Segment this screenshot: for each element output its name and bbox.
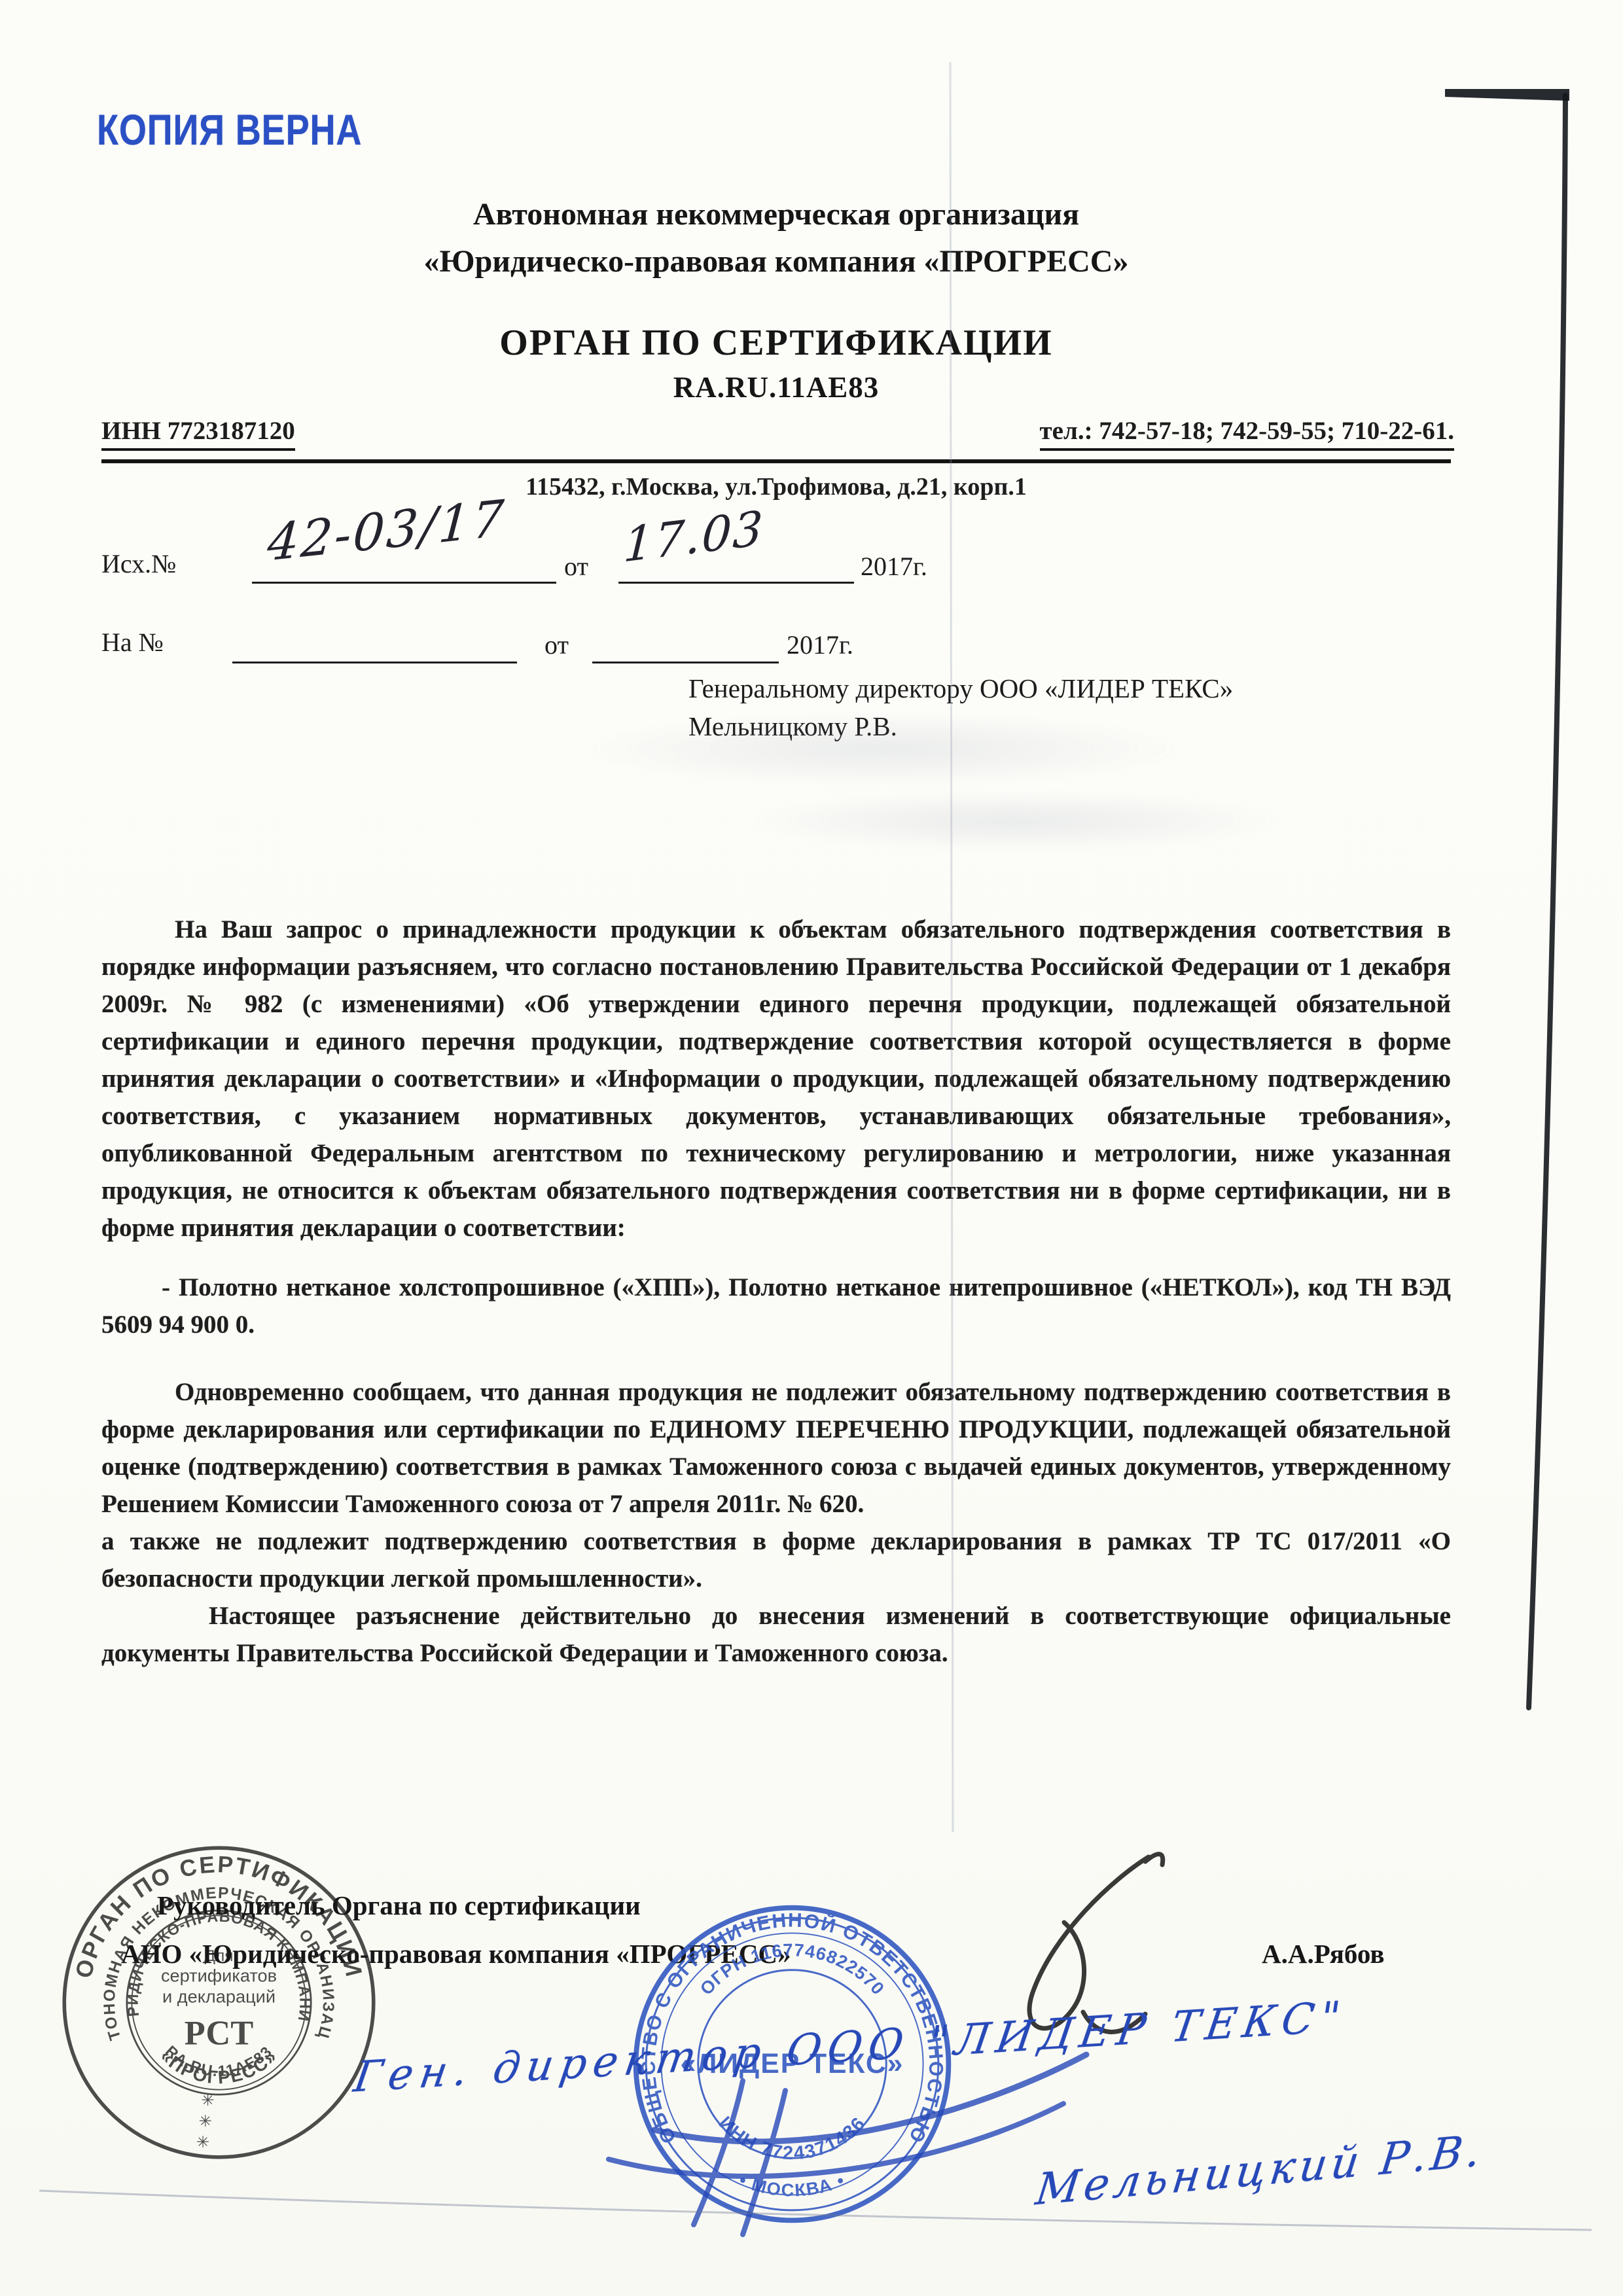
body-paragraph-1: На Ваш запрос о принадлежности продукции… bbox=[101, 911, 1451, 1246]
outgoing-date-blank bbox=[618, 580, 854, 584]
svg-text:RA.RU.11AE83: RA.RU.11AE83 bbox=[162, 2042, 276, 2079]
letter-body: На Ваш запрос о принадлежности продукции… bbox=[101, 911, 1451, 1672]
signatory-title-line2: АНО «Юридическо-правовая компания «ПРОГР… bbox=[121, 1938, 791, 1969]
header-rule bbox=[101, 459, 1451, 463]
addressee-line1: Генеральному директору ООО «ЛИДЕР ТЕКС» bbox=[688, 673, 1233, 704]
body-paragraph-2: - Полотно нетканое холстопрошивное («ХПП… bbox=[101, 1269, 1451, 1343]
signatory-title-line1: Руководитель Органа по сертификации bbox=[157, 1890, 641, 1921]
outgoing-ot-label: от bbox=[564, 551, 588, 582]
stamp-reg-number: RA.RU.11AE83 bbox=[162, 2042, 276, 2079]
incoming-ot-label: от bbox=[544, 629, 569, 660]
svg-text:«ПРОГРЕСС»: «ПРОГРЕСС» bbox=[156, 2045, 281, 2087]
signatory-name: А.А.Рябов bbox=[1262, 1938, 1384, 1969]
incoming-number-blank bbox=[232, 660, 517, 663]
outgoing-date-handwritten: 17.03 bbox=[622, 500, 766, 573]
scan-smudge bbox=[589, 713, 1178, 785]
handwritten-endorsement-line2: Мельницкий Р.В. bbox=[1033, 2125, 1488, 2215]
copy-verified-stamp: КОПИЯ ВЕРНА bbox=[97, 105, 362, 154]
org-address: 115432, г.Москва, ул.Трофимова, д.21, ко… bbox=[101, 472, 1451, 501]
company-stamp-inn: ИНН 7724371436 bbox=[714, 2113, 870, 2164]
stamp-star-icon: ✳ bbox=[199, 2113, 212, 2130]
outgoing-year-label: 2017г. bbox=[861, 551, 927, 582]
incoming-ref-label: На № bbox=[101, 627, 164, 658]
company-stamp-city: • МОСКВА • bbox=[736, 2170, 848, 2200]
accreditation-number: RA.RU.11AE83 bbox=[101, 370, 1451, 404]
stamp-progress-text: «ПРОГРЕСС» bbox=[156, 2045, 281, 2087]
stamp-ring3-text: ЮРИДИЧЕСКО-ПРАВОВАЯ КОМПАНИЯ bbox=[47, 1831, 313, 2023]
certification-body-title: ОРГАН ПО СЕРТИФИКАЦИИ bbox=[101, 322, 1451, 364]
svg-text:АВТОНОМНАЯ НЕКОММЕРЧЕСКАЯ ОРГА: АВТОНОМНАЯ НЕКОММЕРЧЕСКАЯ ОРГАНИЗАЦИЯ bbox=[47, 1831, 337, 2042]
svg-text:ЮРИДИЧЕСКО-ПРАВОВАЯ КОМПАНИЯ: ЮРИДИЧЕСКО-ПРАВОВАЯ КОМПАНИЯ bbox=[47, 1831, 313, 2023]
inn-value: ИНН 7723187120 bbox=[101, 416, 295, 451]
scan-smudge bbox=[753, 792, 1276, 851]
handwritten-endorsement-line1: Ген. директор ООО "ЛИДЕР ТЕКС" bbox=[351, 1992, 1350, 2102]
outgoing-ref-label: Исх.№ bbox=[101, 548, 176, 579]
body-paragraph-5: Настоящее разъяснение действительно до в… bbox=[101, 1597, 1451, 1672]
scanned-letter-page: КОПИЯ ВЕРНА Автономная некоммерческая ор… bbox=[0, 0, 1623, 2296]
stamp-ring2-text: АВТОНОМНАЯ НЕКОММЕРЧЕСКАЯ ОРГАНИЗАЦИЯ bbox=[47, 1831, 337, 2042]
org-name-line1: Автономная некоммерческая организация bbox=[101, 196, 1451, 232]
stamp-center-line3: и деклараций bbox=[162, 1987, 276, 2007]
body-paragraph-3: Одновременно сообщаем, что данная продук… bbox=[101, 1373, 1451, 1523]
svg-text:ИНН 7724371436: ИНН 7724371436 bbox=[714, 2113, 870, 2164]
body-paragraph-4: а также не подлежит подтверждению соотве… bbox=[101, 1523, 1451, 1597]
outgoing-number-blank bbox=[252, 580, 556, 584]
stamp-star-icon: ✳ bbox=[201, 2092, 214, 2110]
certification-round-stamp: ОРГАН ПО СЕРТИФИКАЦИИ АВТОНОМНАЯ НЕКОММЕ… bbox=[47, 1831, 391, 2174]
incoming-date-blank bbox=[592, 660, 779, 663]
rst-logo: РСТ bbox=[185, 2014, 254, 2052]
stamp-star-icon: ✳ bbox=[196, 2134, 209, 2151]
incoming-year-label: 2017г. bbox=[787, 629, 853, 660]
org-name-line2: «Юридическо-правовая компания «ПРОГРЕСС» bbox=[101, 243, 1451, 279]
phone-numbers: тел.: 742-57-18; 742-59-55; 710-22-61. bbox=[1040, 416, 1454, 451]
svg-text:• МОСКВА •: • МОСКВА • bbox=[736, 2170, 848, 2200]
